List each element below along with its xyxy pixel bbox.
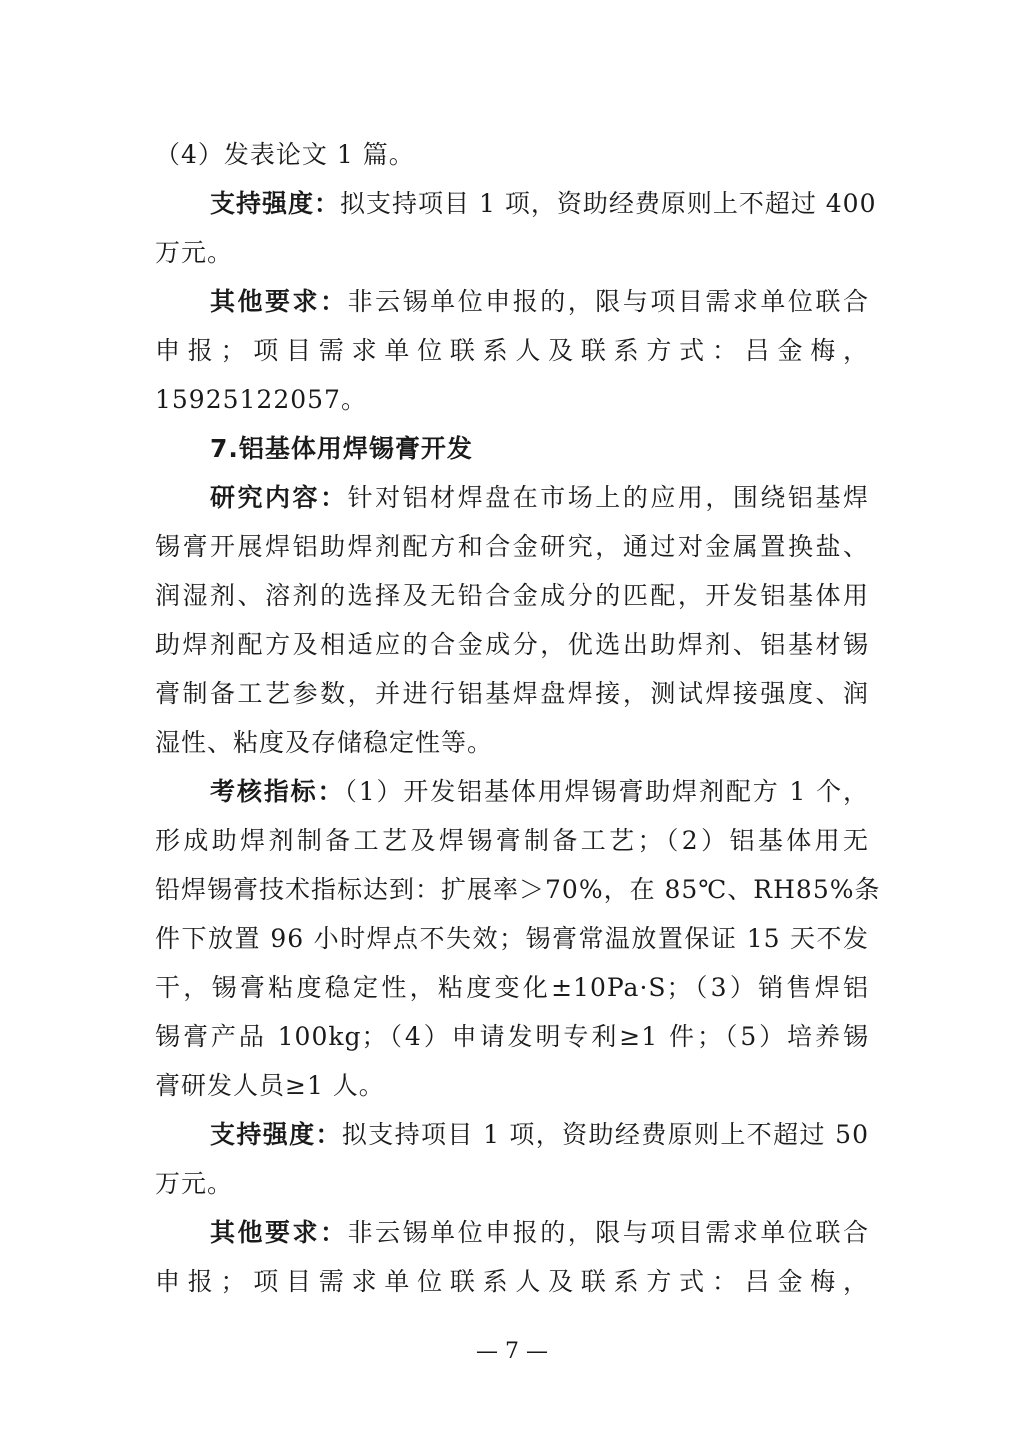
paragraph-support-intensity: 支持强度：拟支持项目 1 项，资助经费原则上不超过 400	[210, 184, 869, 224]
contact-phone: 15925122057。	[155, 385, 367, 414]
line-text: （4）发表论文 1 篇。	[155, 140, 415, 169]
line-text: 湿性、粘度及存储稳定性等。	[155, 728, 493, 757]
line-text: 锡膏产品 100kg；（4）申请发明专利≥1 件；（5）培养锡	[155, 1022, 869, 1051]
text-line: 万元。	[155, 233, 869, 273]
paragraph-other-requirements: 其他要求：非云锡单位申报的，限与项目需求单位联合	[210, 1213, 869, 1253]
paragraph-assessment-indicators: 考核指标：（1）开发铝基体用焊锡膏助焊剂配方 1 个，	[210, 772, 869, 812]
paragraph-research-content: 研究内容：针对铝材焊盘在市场上的应用，围绕铝基焊	[210, 478, 869, 518]
line-text: 万元。	[155, 1169, 233, 1198]
text-line: 铅焊锡膏技术指标达到：扩展率＞70%，在 85℃、RH85%条	[155, 870, 869, 910]
section-heading: 7.铝基体用焊锡膏开发	[210, 429, 869, 469]
line-text: 铅焊锡膏技术指标达到：扩展率＞70%，在 85℃、RH85%条	[155, 875, 880, 904]
line-text: 膏制备工艺参数，并进行铝基焊盘焊接，测试焊接强度、润	[155, 679, 869, 708]
text-line: 15925122057。	[155, 380, 869, 420]
line-text: 锡膏开展焊铝助焊剂配方和合金研究，通过对金属置换盐、	[155, 532, 869, 561]
line-text: 干，锡膏粘度稳定性，粘度变化±10Pa·S；（3）销售焊铝	[155, 973, 869, 1002]
line-text: 申报；项目需求单位联系人及联系方式：吕金梅，	[155, 1267, 869, 1296]
label-other-requirements: 其他要求：	[210, 287, 348, 316]
text-line: 助焊剂配方及相适应的合金成分，优选出助焊剂、铝基材锡	[155, 625, 869, 665]
label-support-intensity: 支持强度：	[210, 189, 340, 218]
text-line: 锡膏开展焊铝助焊剂配方和合金研究，通过对金属置换盐、	[155, 527, 869, 567]
text-line: 湿性、粘度及存储稳定性等。	[155, 723, 869, 763]
line-text: 形成助焊剂制备工艺及焊锡膏制备工艺；（2）铝基体用无	[155, 826, 869, 855]
paragraph-support-intensity: 支持强度：拟支持项目 1 项，资助经费原则上不超过 50	[210, 1115, 869, 1155]
line-text: 非云锡单位申报的，限与项目需求单位联合	[348, 287, 869, 316]
label-other-requirements: 其他要求：	[210, 1218, 348, 1247]
line-text: 润湿剂、溶剂的选择及无铅合金成分的匹配，开发铝基体用	[155, 581, 869, 610]
line-text: 拟支持项目 1 项，资助经费原则上不超过 400	[340, 189, 876, 218]
text-line: （4）发表论文 1 篇。	[155, 135, 869, 175]
document-page: （4）发表论文 1 篇。 支持强度：拟支持项目 1 项，资助经费原则上不超过 4…	[0, 0, 1024, 1448]
text-line: 膏制备工艺参数，并进行铝基焊盘焊接，测试焊接强度、润	[155, 674, 869, 714]
text-line: 膏研发人员≥1 人。	[155, 1066, 869, 1106]
paragraph-other-requirements: 其他要求：非云锡单位申报的，限与项目需求单位联合	[210, 282, 869, 322]
line-text: 件下放置 96 小时焊点不失效；锡膏常温放置保证 15 天不发	[155, 924, 869, 953]
text-line: 申报；项目需求单位联系人及联系方式：吕金梅，	[155, 331, 869, 371]
text-line: 形成助焊剂制备工艺及焊锡膏制备工艺；（2）铝基体用无	[155, 821, 869, 861]
heading-text: 7.铝基体用焊锡膏开发	[210, 434, 473, 463]
line-text: （1）开发铝基体用焊锡膏助焊剂配方 1 个，	[344, 777, 869, 806]
line-text: 助焊剂配方及相适应的合金成分，优选出助焊剂、铝基材锡	[155, 630, 869, 659]
label-support-intensity: 支持强度：	[210, 1120, 342, 1149]
line-text: 非云锡单位申报的，限与项目需求单位联合	[348, 1218, 869, 1247]
line-text: 万元。	[155, 238, 233, 267]
text-line: 件下放置 96 小时焊点不失效；锡膏常温放置保证 15 天不发	[155, 919, 869, 959]
label-research-content: 研究内容：	[210, 483, 348, 512]
line-text: 膏研发人员≥1 人。	[155, 1071, 385, 1100]
line-text: 申报；项目需求单位联系人及联系方式：吕金梅，	[155, 336, 869, 365]
text-line: 干，锡膏粘度稳定性，粘度变化±10Pa·S；（3）销售焊铝	[155, 968, 869, 1008]
page-number: — 7 —	[0, 1337, 1024, 1367]
label-assessment-indicators: 考核指标：	[210, 777, 344, 806]
text-line: 万元。	[155, 1164, 869, 1204]
text-line: 申报；项目需求单位联系人及联系方式：吕金梅，	[155, 1262, 869, 1302]
line-text: 针对铝材焊盘在市场上的应用，围绕铝基焊	[348, 483, 869, 512]
text-line: 润湿剂、溶剂的选择及无铅合金成分的匹配，开发铝基体用	[155, 576, 869, 616]
text-line: 锡膏产品 100kg；（4）申请发明专利≥1 件；（5）培养锡	[155, 1017, 869, 1057]
line-text: 拟支持项目 1 项，资助经费原则上不超过 50	[342, 1120, 869, 1149]
